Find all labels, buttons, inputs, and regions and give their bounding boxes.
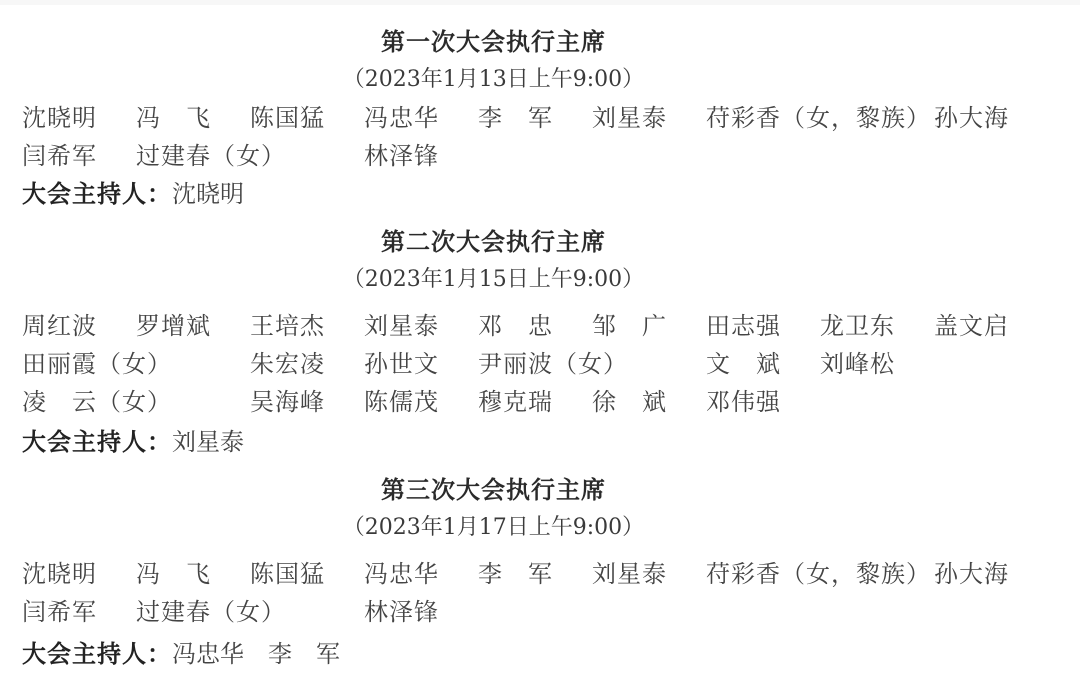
name: 刘星泰 <box>364 306 439 341</box>
names-row: 闫希军 过建春（女） 林泽锋 <box>22 592 1072 628</box>
name: 陈儒茂 <box>364 382 439 417</box>
name: 田志强 <box>706 306 781 341</box>
session-date: （2023年1月15日上午9:00） <box>0 262 987 293</box>
session-date: （2023年1月17日上午9:00） <box>0 510 987 541</box>
name: 凌 云（女） <box>22 382 172 417</box>
name: 冯 飞 <box>136 554 211 589</box>
name: 穆克瑞 <box>478 382 553 417</box>
session-date: （2023年1月13日上午9:00） <box>0 62 987 93</box>
names-row: 田丽霞（女） 朱宏凌 孙世文 尹丽波（女） 文 斌 刘峰松 <box>22 344 1072 380</box>
name: 过建春（女） <box>136 136 286 171</box>
name: 朱宏凌 <box>250 344 325 379</box>
name: 苻彩香（女，黎族） <box>706 554 931 589</box>
name: 闫希军 <box>22 592 97 627</box>
name: 冯 飞 <box>136 98 211 133</box>
name: 沈晓明 <box>22 554 97 589</box>
name: 吴海峰 <box>250 382 325 417</box>
name: 刘峰松 <box>820 344 895 379</box>
name: 冯忠华 <box>364 98 439 133</box>
name: 苻彩香（女，黎族） <box>706 98 931 133</box>
name: 邓 忠 <box>478 306 553 341</box>
name: 文 斌 <box>706 344 781 379</box>
session-title: 第一次大会执行主席 <box>0 22 987 57</box>
name: 林泽锋 <box>364 592 439 627</box>
session-title: 第三次大会执行主席 <box>0 470 987 505</box>
name: 闫希军 <box>22 136 97 171</box>
name: 邓伟强 <box>706 382 781 417</box>
name: 邹 广 <box>592 306 667 341</box>
name: 陈国猛 <box>250 98 325 133</box>
host-value: 冯忠华 李 军 <box>172 640 340 668</box>
name: 刘星泰 <box>592 554 667 589</box>
name: 沈晓明 <box>22 98 97 133</box>
name: 林泽锋 <box>364 136 439 171</box>
name: 孙世文 <box>364 344 439 379</box>
top-border <box>0 0 1080 5</box>
names-row: 周红波 罗增斌 王培杰 刘星泰 邓 忠 邹 广 田志强 龙卫东 盖文启 <box>22 306 1072 342</box>
host-value: 刘星泰 <box>172 428 244 456</box>
name: 刘星泰 <box>592 98 667 133</box>
name: 孙大海 <box>934 98 1009 133</box>
session-title: 第二次大会执行主席 <box>0 222 987 257</box>
names-row: 沈晓明 冯 飞 陈国猛 冯忠华 李 军 刘星泰 苻彩香（女，黎族） 孙大海 <box>22 98 1072 134</box>
names-row: 闫希军 过建春（女） 林泽锋 <box>22 136 1072 172</box>
host-label: 大会主持人： <box>22 428 172 456</box>
name: 罗增斌 <box>136 306 211 341</box>
name: 龙卫东 <box>820 306 895 341</box>
host-line: 大会主持人：沈晓明 <box>22 174 244 209</box>
name: 田丽霞（女） <box>22 344 172 379</box>
name: 周红波 <box>22 306 97 341</box>
host-line: 大会主持人：冯忠华 李 军 <box>22 634 340 669</box>
name: 尹丽波（女） <box>478 344 628 379</box>
names-row: 凌 云（女） 吴海峰 陈儒茂 穆克瑞 徐 斌 邓伟强 <box>22 382 1072 418</box>
name: 李 军 <box>478 98 553 133</box>
name: 过建春（女） <box>136 592 286 627</box>
names-row: 沈晓明 冯 飞 陈国猛 冯忠华 李 军 刘星泰 苻彩香（女，黎族） 孙大海 <box>22 554 1072 590</box>
host-label: 大会主持人： <box>22 640 172 668</box>
host-line: 大会主持人：刘星泰 <box>22 422 244 457</box>
name: 李 军 <box>478 554 553 589</box>
name: 陈国猛 <box>250 554 325 589</box>
name: 王培杰 <box>250 306 325 341</box>
host-label: 大会主持人： <box>22 180 172 208</box>
name: 徐 斌 <box>592 382 667 417</box>
name: 孙大海 <box>934 554 1009 589</box>
name: 盖文启 <box>934 306 1009 341</box>
host-value: 沈晓明 <box>172 180 244 208</box>
name: 冯忠华 <box>364 554 439 589</box>
